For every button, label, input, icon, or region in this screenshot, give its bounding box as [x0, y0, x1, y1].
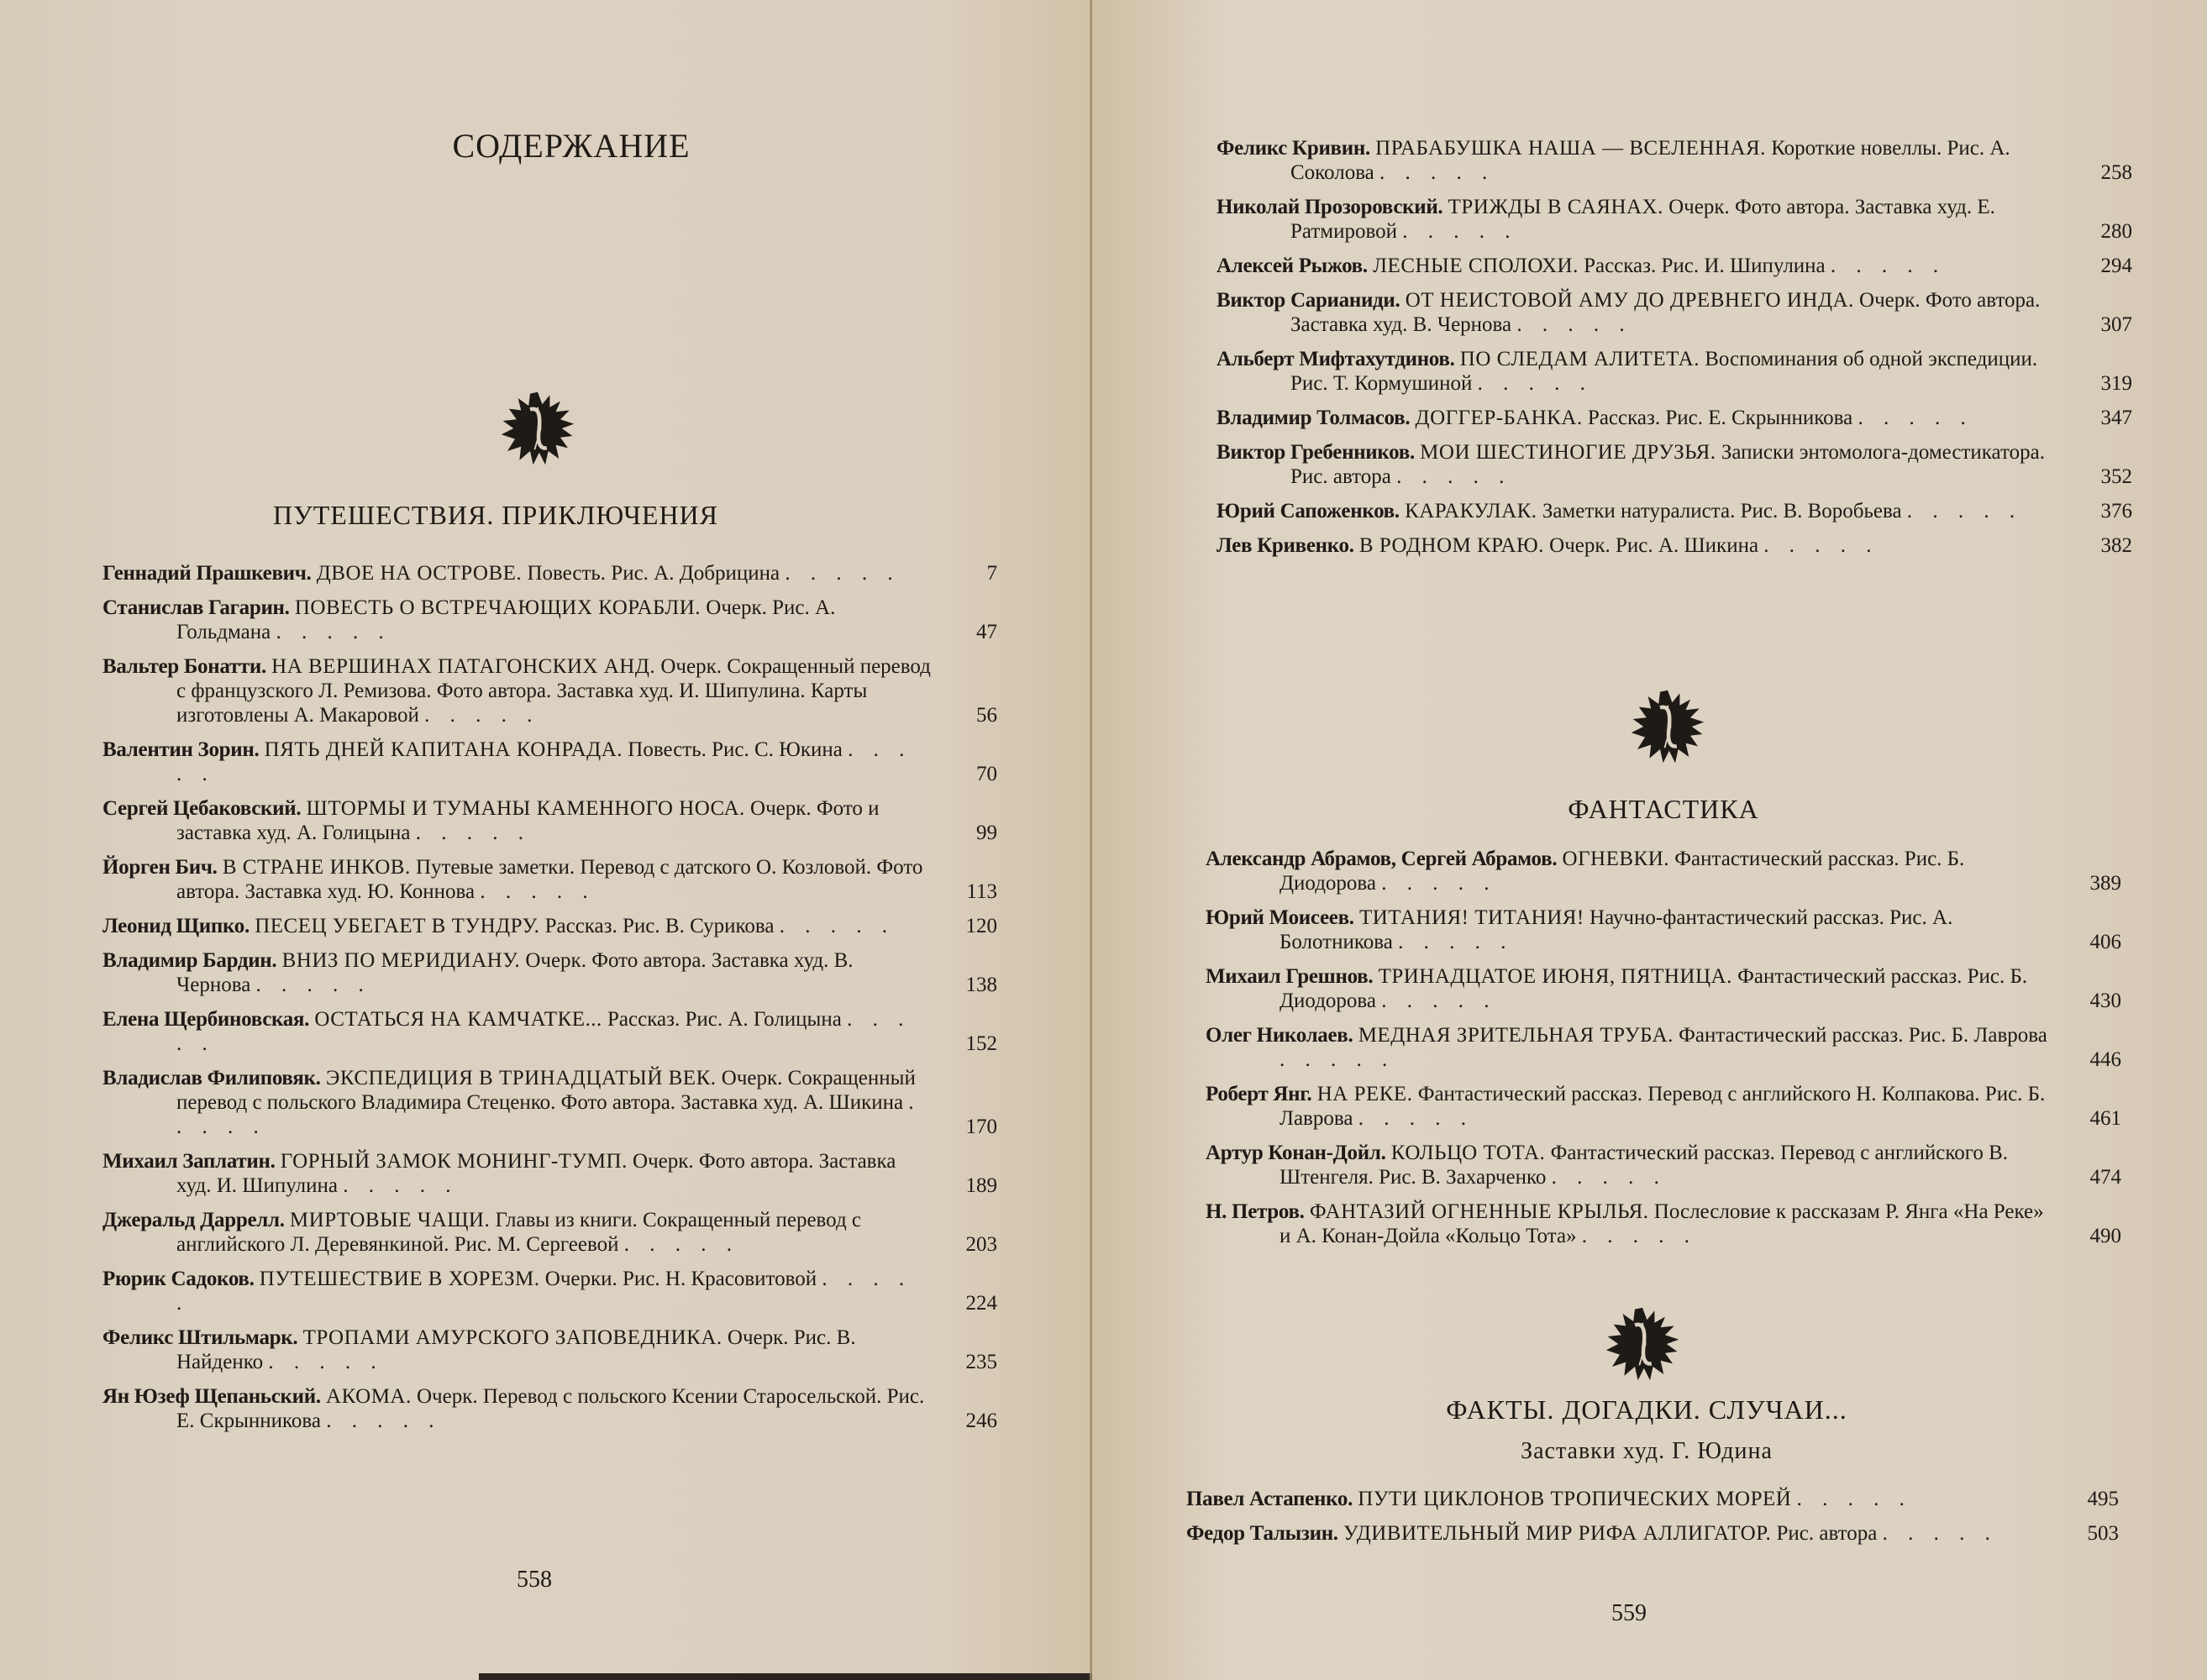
toc-entry: Альберт Мифтахутдинов. ПО СЛЕДАМ АЛИТЕТА… — [1216, 347, 2132, 396]
entry-page-number: 189 — [966, 1173, 998, 1198]
entry-author: Юрий Моисеев. — [1206, 906, 1354, 929]
entry-author: Михаил Грешнов. — [1206, 965, 1373, 988]
entry-page-number: 56 — [976, 703, 997, 727]
entry-title: ДВОЕ НА ОСТРОВЕ. — [317, 562, 522, 585]
entry-title: АКОМА. — [326, 1385, 412, 1408]
entry-author: Станислав Гагарин. — [102, 596, 290, 619]
entry-page-number: 152 — [966, 1032, 998, 1056]
toc-entry: Михаил Заплатин. ГОРНЫЙ ЗАМОК МОНИНГ-ТУМ… — [102, 1149, 997, 1198]
toc-entry: Владимир Бардин. ВНИЗ ПО МЕРИДИАНУ. Очер… — [102, 948, 997, 997]
toc-entry-text: Федор Талызин. УДИВИТЕЛЬНЫЙ МИР РИФА АЛЛ… — [1186, 1521, 2119, 1546]
toc-entry: Геннадий Прашкевич. ДВОЕ НА ОСТРОВЕ. Пов… — [102, 561, 997, 585]
toc-entry: Владимир Толмасов. ДОГГЕР-БАНКА. Рассказ… — [1216, 406, 2132, 430]
entry-author: Владимир Бардин. — [102, 949, 276, 972]
toc-entry-text: Вальтер Бонатти. НА ВЕРШИНАХ ПАТАГОНСКИХ… — [102, 654, 997, 727]
dot-leader: . . . . . — [1280, 1048, 1395, 1071]
entry-page-number: 430 — [2090, 989, 2122, 1013]
entry-author: Виктор Гребенников. — [1216, 441, 1415, 464]
toc-entry-text: Михаил Заплатин. ГОРНЫЙ ЗАМОК МОНИНГ-ТУМ… — [102, 1149, 997, 1198]
toc-entry: Станислав Гагарин. ПОВЕСТЬ О ВСТРЕЧАЮЩИХ… — [102, 596, 997, 644]
entry-author: Альберт Мифтахутдинов. — [1216, 348, 1455, 370]
entry-page-number: 347 — [2101, 406, 2133, 430]
entry-title: ПЯТЬ ДНЕЙ КАПИТАНА КОНРАДА. — [265, 738, 623, 761]
toc-entry: Феликс Штильмарк. ТРОПАМИ АМУРСКОГО ЗАПО… — [102, 1326, 997, 1374]
contents-title: СОДЕРЖАНИЕ — [336, 126, 807, 165]
entry-title: ПУТЕШЕСТВИЕ В ХОРЕЗМ. — [260, 1268, 540, 1290]
entry-author: Владимир Толмасов. — [1216, 407, 1410, 429]
toc-entry-text: Юрий Моисеев. ТИТАНИЯ! ТИТАНИЯ! Научно-ф… — [1206, 906, 2121, 954]
toc-entry: Сергей Цебаковский. ШТОРМЫ И ТУМАНЫ КАМЕ… — [102, 796, 997, 845]
dot-leader: . . . . . — [326, 1410, 441, 1432]
entry-description: Повесть. Рис. С. Юкина — [628, 738, 843, 761]
toc-entry: Елена Щербиновская. ОСТАТЬСЯ НА КАМЧАТКЕ… — [102, 1007, 997, 1056]
dot-leader: . . . . . — [1402, 220, 1517, 243]
entry-page-number: 490 — [2090, 1224, 2122, 1248]
entry-page-number: 258 — [2101, 160, 2133, 185]
entry-author: Йорген Бич. — [102, 856, 218, 879]
entry-title: ЭКСПЕДИЦИЯ В ТРИНАДЦАТЫЙ ВЕК. — [326, 1067, 717, 1089]
entry-title: ТИТАНИЯ! ТИТАНИЯ! — [1359, 906, 1584, 929]
entry-description: Рассказ. Рис. В. Сурикова — [545, 915, 775, 937]
entry-page-number: 203 — [966, 1232, 998, 1257]
entry-page-number: 170 — [966, 1115, 998, 1139]
toc-entry: Леонид Щипко. ПЕСЕЦ УБЕГАЕТ В ТУНДРУ. Ра… — [102, 914, 997, 938]
dot-leader: . . . . . — [1831, 255, 1946, 277]
entry-description: Очерки. Рис. Н. Красовитовой — [545, 1268, 817, 1290]
section-heading-fantasy: ФАНТАСТИКА — [1411, 794, 1915, 825]
entry-author: Геннадий Прашкевич. — [102, 562, 312, 585]
toc-entry: Николай Прозоровский. ТРИЖДЫ В САЯНАХ. О… — [1216, 195, 2132, 244]
toc-entry: Юрий Моисеев. ТИТАНИЯ! ТИТАНИЯ! Научно-ф… — [1206, 906, 2121, 954]
entry-page-number: 446 — [2090, 1047, 2122, 1072]
entry-author: Николай Прозоровский. — [1216, 196, 1442, 218]
toc-entry: Ян Юзеф Щепаньский. АКОМА. Очерк. Перево… — [102, 1384, 997, 1433]
book-cover-edge — [479, 1673, 1092, 1680]
toc-entry: Феликс Кривин. ПРАБАБУШКА НАША — ВСЕЛЕНН… — [1216, 136, 2132, 185]
entry-author: Леонид Щипко. — [102, 915, 250, 937]
toc-entry-text: Геннадий Прашкевич. ДВОЕ НА ОСТРОВЕ. Пов… — [102, 561, 997, 585]
entry-page-number: 474 — [2090, 1165, 2122, 1189]
toc-entry-text: Леонид Щипко. ПЕСЕЦ УБЕГАЕТ В ТУНДРУ. Ра… — [102, 914, 997, 938]
toc-entry-text: Виктор Сарианиди. ОТ НЕИСТОВОЙ АМУ ДО ДР… — [1216, 288, 2132, 337]
entry-title: ВНИЗ ПО МЕРИДИАНУ. — [282, 949, 520, 972]
entry-page-number: 307 — [2101, 312, 2133, 337]
toc-entry-text: Павел Астапенко. ПУТИ ЦИКЛОНОВ ТРОПИЧЕСК… — [1186, 1487, 2119, 1511]
entry-description: Рассказ. Рис. Е. Скрынникова — [1588, 407, 1852, 429]
toc-entry-text: Джеральд Даррелл. МИРТОВЫЕ ЧАЩИ. Главы и… — [102, 1208, 997, 1257]
entry-description: Фантастический рассказ. Рис. Б. Лаврова — [1679, 1024, 2047, 1047]
page-number: 559 — [1611, 1600, 1647, 1627]
entry-author: Михаил Заплатин. — [102, 1150, 276, 1173]
toc-entry: Джеральд Даррелл. МИРТОВЫЕ ЧАЩИ. Главы и… — [102, 1208, 997, 1257]
entry-title: УДИВИТЕЛЬНЫЙ МИР РИФА АЛЛИГАТОР. — [1343, 1522, 1771, 1545]
toc-list-travel-continued: Феликс Кривин. ПРАБАБУШКА НАША — ВСЕЛЕНН… — [1216, 136, 2132, 568]
entry-title: В СТРАНЕ ИНКОВ. — [223, 856, 411, 879]
entry-title: ТРОПАМИ АМУРСКОГО ЗАПОВЕДНИКА. — [303, 1326, 723, 1349]
entry-author: Елена Щербиновская. — [102, 1008, 309, 1031]
entry-author: Вальтер Бонатти. — [102, 655, 266, 678]
entry-author: Ян Юзеф Щепаньский. — [102, 1385, 321, 1408]
toc-entry-text: Сергей Цебаковский. ШТОРМЫ И ТУМАНЫ КАМЕ… — [102, 796, 997, 845]
dot-leader: . . . . . — [1478, 372, 1593, 395]
entry-title: МОИ ШЕСТИНОГИЕ ДРУЗЬЯ. — [1420, 441, 1716, 464]
toc-entry: Вальтер Бонатти. НА ВЕРШИНАХ ПАТАГОНСКИХ… — [102, 654, 997, 727]
entry-page-number: 352 — [2101, 465, 2133, 489]
entry-page-number: 120 — [966, 914, 998, 938]
toc-entry: Лев Кривенко. В РОДНОМ КРАЮ. Очерк. Рис.… — [1216, 533, 2132, 558]
toc-entry-text: Юрий Сапоженков. КАРАКУЛАК. Заметки нату… — [1216, 499, 2132, 523]
entry-author: Алексей Рыжов. — [1216, 255, 1368, 277]
entry-author: Роберт Янг. — [1206, 1083, 1311, 1105]
entry-title: ТРИНАДЦАТОЕ ИЮНЯ, ПЯТНИЦА. — [1379, 965, 1732, 988]
dot-leader: . . . . . — [276, 621, 391, 643]
toc-entry: Йорген Бич. В СТРАНЕ ИНКОВ. Путевые заме… — [102, 855, 997, 904]
entry-title: ЛЕСНЫЕ СПОЛОХИ. — [1373, 255, 1579, 277]
entry-title: МИРТОВЫЕ ЧАЩИ. — [290, 1209, 490, 1231]
entry-author: Павел Астапенко. — [1186, 1488, 1353, 1510]
entry-title: КОЛЬЦО ТОТА. — [1391, 1142, 1546, 1164]
dot-leader: . . . . . — [416, 822, 531, 844]
entry-title: ОСТАТЬСЯ НА КАМЧАТКЕ... — [314, 1008, 602, 1031]
toc-list-fantasy: Александр Абрамов, Сергей Абрамов. ОГНЕВ… — [1206, 847, 2121, 1258]
left-page: СОДЕРЖАНИЕ ПУТЕШЕСТВИЯ. ПРИКЛЮЧЕНИЯ Генн… — [0, 0, 1092, 1680]
entry-author: Федор Талызин. — [1186, 1522, 1338, 1545]
toc-entry-text: Роберт Янг. НА РЕКЕ. Фантастический расс… — [1206, 1082, 2121, 1131]
toc-entry: Виктор Гребенников. МОИ ШЕСТИНОГИЕ ДРУЗЬ… — [1216, 440, 2132, 489]
entry-page-number: 99 — [976, 821, 997, 845]
entry-title: НА РЕКЕ. — [1317, 1083, 1413, 1105]
toc-entry: Павел Астапенко. ПУТИ ЦИКЛОНОВ ТРОПИЧЕСК… — [1186, 1487, 2119, 1511]
toc-entry-text: Михаил Грешнов. ТРИНАДЦАТОЕ ИЮНЯ, ПЯТНИЦ… — [1206, 964, 2121, 1013]
entry-author: Феликс Штильмарк. — [102, 1326, 297, 1349]
entry-page-number: 7 — [987, 561, 998, 585]
entry-author: Сергей Цебаковский. — [102, 797, 301, 820]
toc-entry-text: Виктор Гребенников. МОИ ШЕСТИНОГИЕ ДРУЗЬ… — [1216, 440, 2132, 489]
entry-page-number: 503 — [2088, 1521, 2120, 1546]
toc-entry-text: Лев Кривенко. В РОДНОМ КРАЮ. Очерк. Рис.… — [1216, 533, 2132, 558]
toc-entry: Артур Конан-Дойл. КОЛЬЦО ТОТА. Фантастич… — [1206, 1141, 2121, 1189]
entry-page-number: 495 — [2088, 1487, 2120, 1511]
entry-title: В РОДНОМ КРАЮ. — [1359, 534, 1544, 557]
toc-list-facts: Павел Астапенко. ПУТИ ЦИКЛОНОВ ТРОПИЧЕСК… — [1186, 1487, 2119, 1556]
toc-entry: Алексей Рыжов. ЛЕСНЫЕ СПОЛОХИ. Рассказ. … — [1216, 254, 2132, 278]
entry-page-number: 70 — [976, 762, 997, 786]
entry-page-number: 294 — [2101, 254, 2133, 278]
toc-entry-text: Феликс Штильмарк. ТРОПАМИ АМУРСКОГО ЗАПО… — [102, 1326, 997, 1374]
entry-title: ПРАБАБУШКА НАША — ВСЕЛЕННАЯ. — [1375, 137, 1766, 160]
toc-entry-text: Йорген Бич. В СТРАНЕ ИНКОВ. Путевые заме… — [102, 855, 997, 904]
toc-entry: Владислав Филиповяк. ЭКСПЕДИЦИЯ В ТРИНАД… — [102, 1066, 997, 1139]
dot-leader: . . . . . — [343, 1174, 458, 1197]
entry-title: ОТ НЕИСТОВОЙ АМУ ДО ДРЕВНЕГО ИНДА. — [1406, 289, 1854, 312]
entry-title: ПУТИ ЦИКЛОНОВ ТРОПИЧЕСКИХ МОРЕЙ — [1358, 1488, 1791, 1510]
entry-page-number: 382 — [2101, 533, 2133, 558]
entry-title: ГОРНЫЙ ЗАМОК МОНИНГ-ТУМП. — [281, 1150, 628, 1173]
toc-entry: Н. Петров. ФАНТАЗИЙ ОГНЕННЫЕ КРЫЛЬЯ. Пос… — [1206, 1200, 2121, 1248]
dot-leader: . . . . . — [1398, 931, 1513, 953]
entry-title: МЕДНАЯ ЗРИТЕЛЬНАЯ ТРУБА. — [1358, 1024, 1674, 1047]
entry-description: Очерк. Рис. А. Шикина — [1549, 534, 1758, 557]
toc-entry-text: Николай Прозоровский. ТРИЖДЫ В САЯНАХ. О… — [1216, 195, 2132, 244]
toc-entry: Михаил Грешнов. ТРИНАДЦАТОЕ ИЮНЯ, ПЯТНИЦ… — [1206, 964, 2121, 1013]
page-number: 558 — [517, 1567, 552, 1593]
entry-title: ПЕСЕЦ УБЕГАЕТ В ТУНДРУ. — [255, 915, 539, 937]
dot-leader: . . . . . — [1883, 1522, 1998, 1545]
entry-title: ПОВЕСТЬ О ВСТРЕЧАЮЩИХ КОРАБЛИ. — [295, 596, 701, 619]
toc-entry: Роберт Янг. НА РЕКЕ. Фантастический расс… — [1206, 1082, 2121, 1131]
entry-title: ПО СЛЕДАМ АЛИТЕТА. — [1460, 348, 1700, 370]
dot-leader: . . . . . — [1516, 313, 1632, 336]
entry-description: Заметки натуралиста. Рис. В. Воробьева — [1542, 500, 1902, 522]
entry-page-number: 406 — [2090, 930, 2122, 954]
sun-ornament-icon — [500, 391, 575, 466]
dot-leader: . . . . . — [1381, 872, 1496, 895]
toc-entry-text: Феликс Кривин. ПРАБАБУШКА НАША — ВСЕЛЕНН… — [1216, 136, 2132, 185]
entry-page-number: 319 — [2101, 371, 2133, 396]
toc-entry: Олег Николаев. МЕДНАЯ ЗРИТЕЛЬНАЯ ТРУБА. … — [1206, 1023, 2121, 1072]
toc-entry-text: Альберт Мифтахутдинов. ПО СЛЕДАМ АЛИТЕТА… — [1216, 347, 2132, 396]
entry-title: ФАНТАЗИЙ ОГНЕННЫЕ КРЫЛЬЯ. — [1310, 1200, 1649, 1223]
entry-author: Лев Кривенко. — [1216, 534, 1354, 557]
entry-page-number: 224 — [966, 1291, 998, 1315]
entry-author: Рюрик Садоков. — [102, 1268, 255, 1290]
dot-leader: . . . . . — [780, 915, 895, 937]
dot-leader: . . . . . — [424, 704, 539, 727]
dot-leader: . . . . . — [1907, 500, 2022, 522]
toc-entry: Рюрик Садоков. ПУТЕШЕСТВИЕ В ХОРЕЗМ. Оче… — [102, 1267, 997, 1315]
section-heading-facts: ФАКТЫ. ДОГАДКИ. СЛУЧАИ... — [1344, 1394, 1949, 1425]
toc-entry: Александр Абрамов, Сергей Абрамов. ОГНЕВ… — [1206, 847, 2121, 895]
entry-author: Валентин Зорин. — [102, 738, 259, 761]
entry-page-number: 280 — [2101, 219, 2133, 244]
toc-entry-text: Артур Конан-Дойл. КОЛЬЦО ТОТА. Фантастич… — [1206, 1141, 2121, 1189]
entry-page-number: 246 — [966, 1409, 998, 1433]
toc-entry: Федор Талызин. УДИВИТЕЛЬНЫЙ МИР РИФА АЛЛ… — [1186, 1521, 2119, 1546]
entry-author: Джеральд Даррелл. — [102, 1209, 285, 1231]
entry-description: Рассказ. Рис. И. Шипулина — [1584, 255, 1826, 277]
section-heading-travel: ПУТЕШЕСТВИЯ. ПРИКЛЮЧЕНИЯ — [168, 500, 823, 531]
entry-page-number: 138 — [966, 973, 998, 997]
entry-title: ТРИЖДЫ В САЯНАХ. — [1448, 196, 1663, 218]
section-subheading-facts: Заставки худ. Г. Юдина — [1344, 1438, 1949, 1465]
entry-author: Н. Петров. — [1206, 1200, 1305, 1223]
dot-leader: . . . . . — [1763, 534, 1879, 557]
entry-description: Рассказ. Рис. А. Голицына — [607, 1008, 842, 1031]
entry-description: Повесть. Рис. А. Добрицина — [527, 562, 780, 585]
entry-title: ОГНЕВКИ. — [1563, 848, 1670, 870]
entry-author: Артур Конан-Дойл. — [1206, 1142, 1386, 1164]
dot-leader: . . . . . — [268, 1351, 383, 1373]
dot-leader: . . . . . — [1552, 1166, 1667, 1189]
toc-entry: Валентин Зорин. ПЯТЬ ДНЕЙ КАПИТАНА КОНРА… — [102, 738, 997, 786]
toc-list-travel: Геннадий Прашкевич. ДВОЕ НА ОСТРОВЕ. Пов… — [102, 561, 997, 1443]
toc-entry-text: Станислав Гагарин. ПОВЕСТЬ О ВСТРЕЧАЮЩИХ… — [102, 596, 997, 644]
toc-entry-text: Ян Юзеф Щепаньский. АКОМА. Очерк. Перево… — [102, 1384, 997, 1433]
entry-title: ДОГГЕР-БАНКА. — [1416, 407, 1583, 429]
entry-page-number: 47 — [976, 620, 997, 644]
toc-entry: Юрий Сапоженков. КАРАКУЛАК. Заметки нату… — [1216, 499, 2132, 523]
toc-entry-text: Алексей Рыжов. ЛЕСНЫЕ СПОЛОХИ. Рассказ. … — [1216, 254, 2132, 278]
toc-entry-text: Владимир Толмасов. ДОГГЕР-БАНКА. Рассказ… — [1216, 406, 2132, 430]
entry-author: Олег Николаев. — [1206, 1024, 1353, 1047]
dot-leader: . . . . . — [1358, 1107, 1474, 1130]
sun-ornament-icon — [1630, 689, 1705, 764]
toc-entry-text: Александр Абрамов, Сергей Абрамов. ОГНЕВ… — [1206, 847, 2121, 895]
entry-page-number: 376 — [2101, 499, 2133, 523]
entry-page-number: 389 — [2090, 871, 2122, 895]
entry-author: Владислав Филиповяк. — [102, 1067, 321, 1089]
toc-entry: Виктор Сарианиди. ОТ НЕИСТОВОЙ АМУ ДО ДР… — [1216, 288, 2132, 337]
toc-entry-text: Рюрик Садоков. ПУТЕШЕСТВИЕ В ХОРЕЗМ. Оче… — [102, 1267, 997, 1315]
entry-author: Юрий Сапоженков. — [1216, 500, 1400, 522]
dot-leader: . . . . . — [624, 1233, 739, 1256]
entry-page-number: 235 — [966, 1350, 998, 1374]
toc-entry-text: Олег Николаев. МЕДНАЯ ЗРИТЕЛЬНАЯ ТРУБА. … — [1206, 1023, 2121, 1072]
sun-ornament-icon — [1605, 1306, 1680, 1382]
dot-leader: . . . . . — [785, 562, 900, 585]
toc-entry-text: Валентин Зорин. ПЯТЬ ДНЕЙ КАПИТАНА КОНРА… — [102, 738, 997, 786]
right-page: Феликс Кривин. ПРАБАБУШКА НАША — ВСЕЛЕНН… — [1092, 0, 2207, 1680]
entry-page-number: 461 — [2090, 1106, 2122, 1131]
entry-description: Рис. автора — [1776, 1522, 1877, 1545]
dot-leader: . . . . . — [480, 880, 595, 903]
entry-author: Феликс Кривин. — [1216, 137, 1370, 160]
entry-title: КАРАКУЛАК. — [1405, 500, 1537, 522]
entry-title: ШТОРМЫ И ТУМАНЫ КАМЕННОГО НОСА. — [307, 797, 745, 820]
dot-leader: . . . . . — [256, 974, 371, 996]
toc-entry-text: Елена Щербиновская. ОСТАТЬСЯ НА КАМЧАТКЕ… — [102, 1007, 997, 1056]
toc-entry-text: Владислав Филиповяк. ЭКСПЕДИЦИЯ В ТРИНАД… — [102, 1066, 997, 1139]
toc-entry-text: Н. Петров. ФАНТАЗИЙ ОГНЕННЫЕ КРЫЛЬЯ. Пос… — [1206, 1200, 2121, 1248]
dot-leader: . . . . . — [1797, 1488, 1912, 1510]
entry-page-number: 113 — [966, 879, 997, 904]
entry-title: НА ВЕРШИНАХ ПАТАГОНСКИХ АНД. — [271, 655, 655, 678]
entry-author: Виктор Сарианиди. — [1216, 289, 1400, 312]
book-spread: СОДЕРЖАНИЕ ПУТЕШЕСТВИЯ. ПРИКЛЮЧЕНИЯ Генн… — [0, 0, 2207, 1680]
dot-leader: . . . . . — [1582, 1225, 1697, 1247]
toc-entry-text: Владимир Бардин. ВНИЗ ПО МЕРИДИАНУ. Очер… — [102, 948, 997, 997]
dot-leader: . . . . . — [1381, 990, 1496, 1012]
dot-leader: . . . . . — [1396, 465, 1511, 488]
dot-leader: . . . . . — [1858, 407, 1973, 429]
dot-leader: . . . . . — [1379, 161, 1495, 184]
entry-author: Александр Абрамов, Сергей Абрамов. — [1206, 848, 1557, 870]
